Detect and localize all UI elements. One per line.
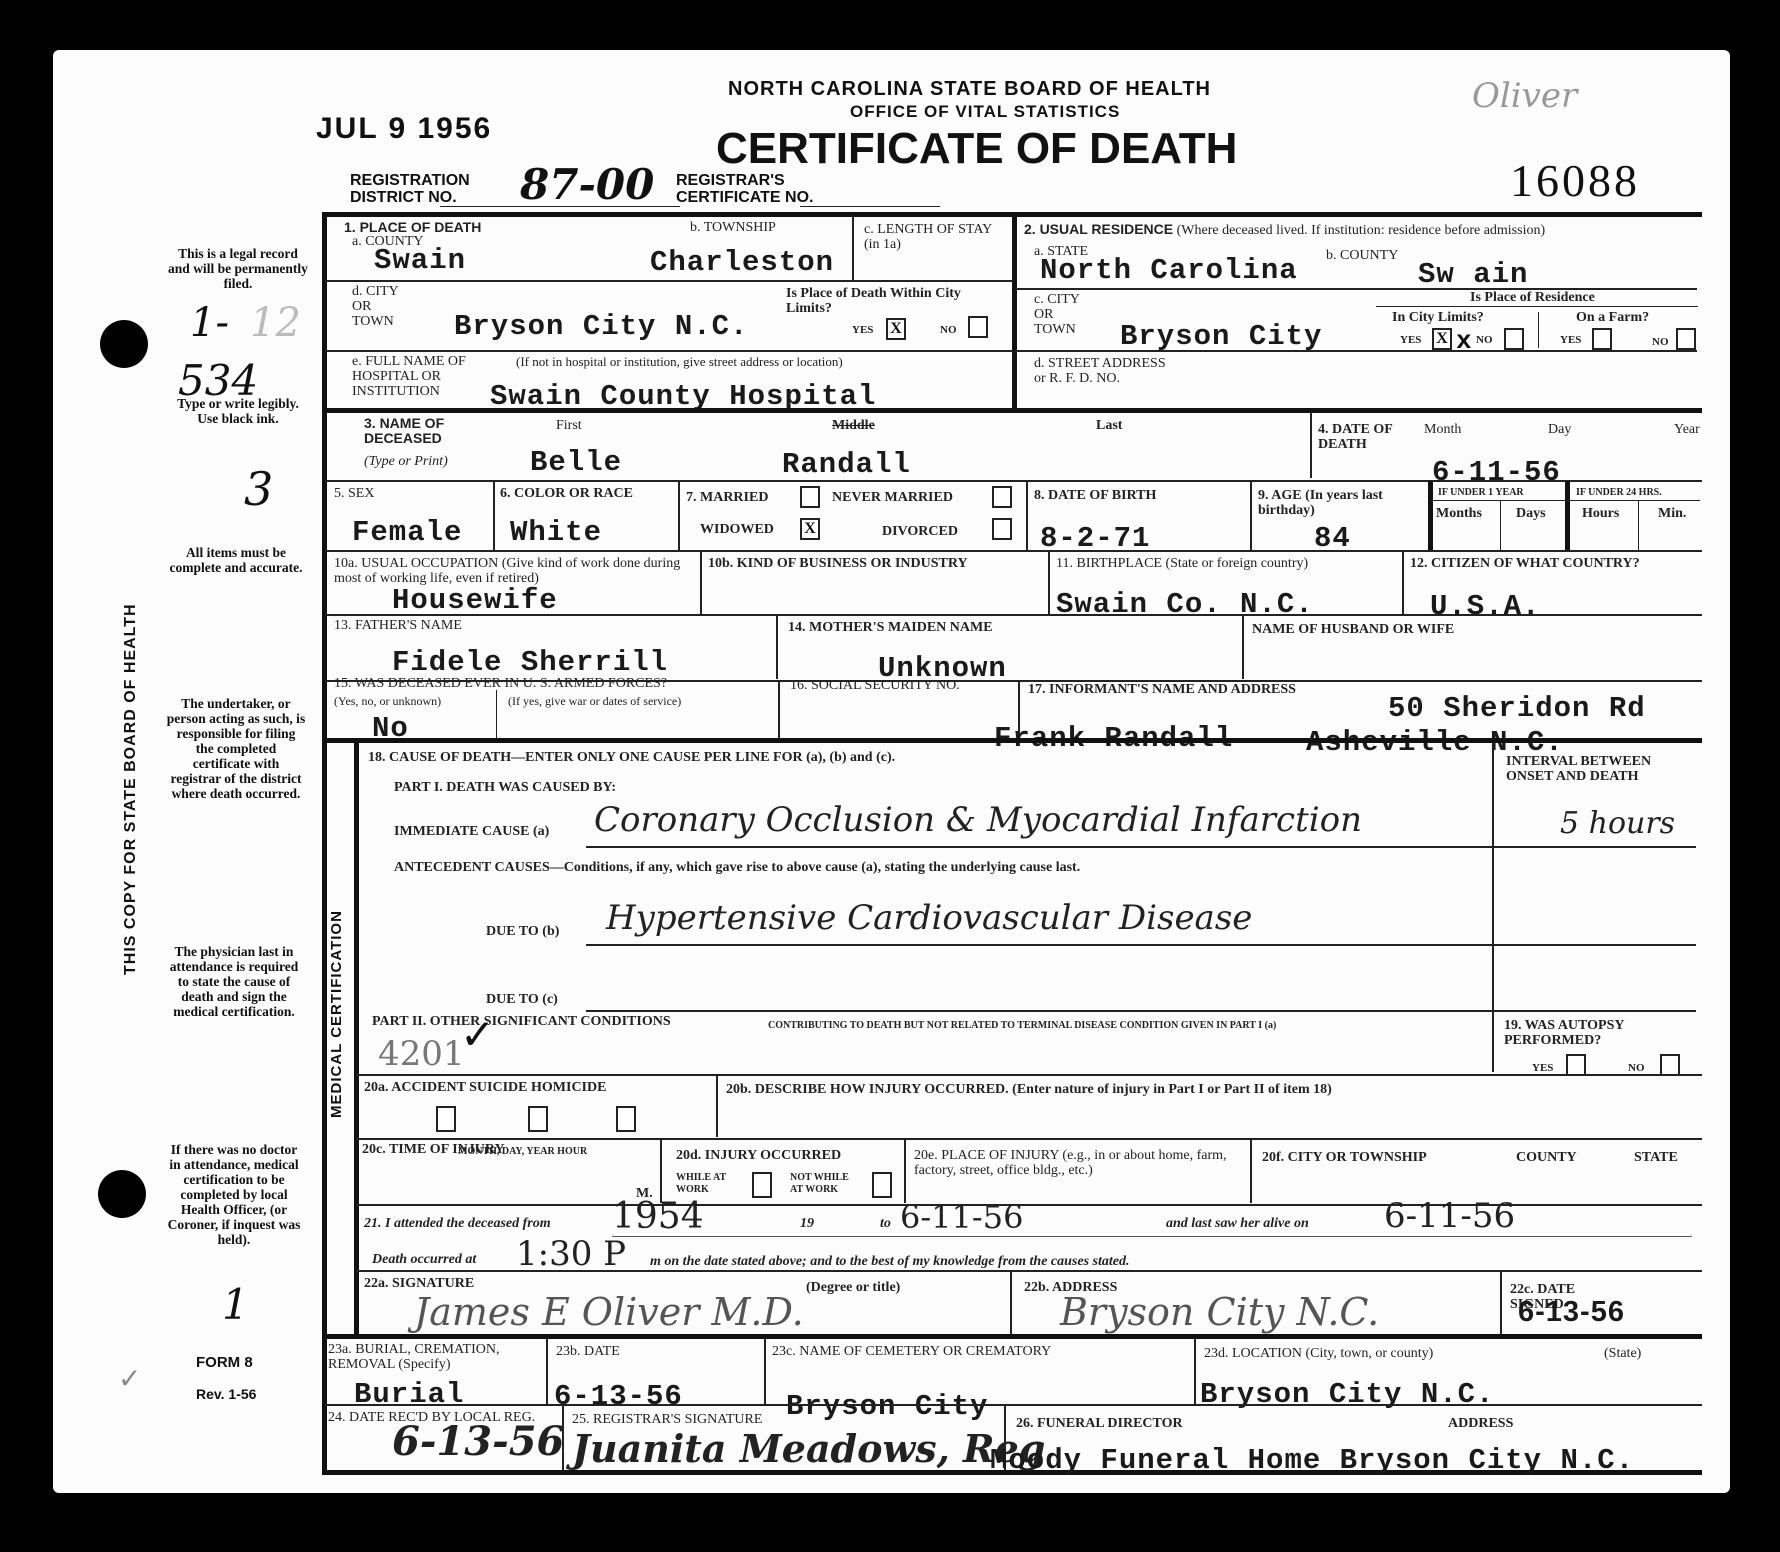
within-city-yes-checkbox[interactable]: X bbox=[886, 318, 906, 340]
birthplace-value: Swain Co. N.C. bbox=[1056, 588, 1314, 621]
within-city-no-checkbox[interactable] bbox=[968, 316, 988, 338]
residence-state-value: North Carolina bbox=[1040, 254, 1298, 287]
in-city-yes-checkbox[interactable]: X bbox=[1432, 328, 1452, 350]
death-time-value: 1:30 P bbox=[516, 1234, 626, 1274]
last-saw-value: 6-11-56 bbox=[1384, 1196, 1515, 1236]
never-married-checkbox[interactable] bbox=[992, 486, 1012, 508]
not-while-at-work-checkbox[interactable] bbox=[872, 1172, 892, 1198]
in-city-no-checkbox[interactable] bbox=[1504, 328, 1524, 350]
death-township-value: Charleston bbox=[650, 246, 834, 279]
usual-residence-label: 2. USUAL RESIDENCE (Where deceased lived… bbox=[1024, 222, 1694, 238]
office-title: OFFICE OF VITAL STATISTICS bbox=[850, 102, 1120, 122]
page-title: CERTIFICATE OF DEATH bbox=[716, 124, 1237, 174]
accident-checkbox[interactable] bbox=[436, 1106, 456, 1132]
form-number: FORM 8 bbox=[196, 1354, 253, 1371]
registrar-signature: Juanita Meadows, Reg bbox=[572, 1426, 1045, 1471]
registrars-certificate-label: REGISTRAR'S CERTIFICATE NO. bbox=[676, 172, 886, 206]
cause-of-death-label: 18. CAUSE OF DEATH—ENTER ONLY ONE CAUSE … bbox=[368, 750, 895, 765]
code-3: 3 bbox=[244, 462, 273, 516]
immediate-cause-value: Coronary Occlusion & Myocardial Infarcti… bbox=[594, 800, 1362, 840]
burial-location-value: Bryson City N.C. bbox=[1200, 1378, 1494, 1411]
immediate-interval-value: 5 hours bbox=[1560, 806, 1675, 841]
punch-hole-top bbox=[100, 320, 148, 368]
note-legal-record: This is a legal record and will be perma… bbox=[168, 246, 308, 291]
place-of-death-label: 1. PLACE OF DEATH bbox=[344, 220, 481, 235]
registration-district-label: REGISTRATION DISTRICT NO. bbox=[350, 172, 510, 206]
autopsy-no-checkbox[interactable] bbox=[1660, 1054, 1680, 1076]
on-farm-yes-checkbox[interactable] bbox=[1592, 328, 1612, 350]
check-mark-icon: ✓ bbox=[118, 1362, 141, 1396]
registration-district-value: 87-00 bbox=[520, 160, 654, 209]
attended-from-value: 1954 bbox=[612, 1196, 704, 1237]
code-1: 1- bbox=[190, 300, 229, 346]
due-to-b-value: Hypertensive Cardiovascular Disease bbox=[606, 898, 1252, 938]
homicide-checkbox[interactable] bbox=[616, 1106, 636, 1132]
punch-hole-bottom bbox=[98, 1170, 146, 1218]
form-revision: Rev. 1-56 bbox=[196, 1386, 256, 1402]
suicide-checkbox[interactable] bbox=[528, 1106, 548, 1132]
received-stamp: JUL 9 1956 bbox=[316, 112, 492, 146]
date-of-death-value: 6-11-56 bbox=[1432, 456, 1561, 489]
margin-annotation: Oliver bbox=[1472, 76, 1577, 116]
residence-county-value: Sw ain bbox=[1418, 258, 1528, 291]
death-city-value: Bryson City N.C. bbox=[454, 310, 748, 343]
citizen-value: U.S.A. bbox=[1430, 590, 1540, 623]
side-label-copy: THIS COPY FOR STATE BOARD OF HEALTH bbox=[122, 603, 140, 975]
physician-signature: James E Oliver M.D. bbox=[414, 1290, 804, 1334]
code-bottom: 1 bbox=[222, 1280, 249, 1329]
last-name-value: Randall bbox=[782, 448, 911, 481]
date-received-value: 6-13-56 bbox=[392, 1418, 564, 1465]
part2-code: 4201 bbox=[378, 1034, 465, 1074]
note-no-doctor: If there was no doctor in attendance, me… bbox=[164, 1142, 304, 1247]
race-value: White bbox=[510, 516, 602, 549]
divorced-checkbox[interactable] bbox=[992, 518, 1012, 540]
note-complete-accurate: All items must be complete and accurate. bbox=[166, 545, 306, 575]
part2-check-icon: ✓ bbox=[460, 1010, 495, 1060]
note-write-legibly: Type or write legibly. Use black ink. bbox=[168, 396, 308, 426]
physician-address: Bryson City N.C. bbox=[1060, 1290, 1379, 1334]
occupation-value: Housewife bbox=[392, 584, 558, 617]
form-left-border bbox=[322, 212, 327, 1474]
married-checkbox[interactable] bbox=[800, 486, 820, 508]
on-farm-no-checkbox[interactable] bbox=[1676, 328, 1696, 350]
attended-to-value: 6-11-56 bbox=[900, 1198, 1023, 1236]
while-at-work-checkbox[interactable] bbox=[752, 1172, 772, 1198]
father-value: Fidele Sherrill bbox=[392, 646, 668, 679]
burial-date-value: 6-13-56 bbox=[554, 1380, 683, 1413]
first-name-value: Belle bbox=[530, 446, 622, 479]
agency-title: NORTH CAROLINA STATE BOARD OF HEALTH bbox=[728, 78, 1211, 101]
sex-value: Female bbox=[352, 516, 462, 549]
state-file-number: 16088 bbox=[1510, 154, 1640, 207]
funeral-director-value: Moody Funeral Home Bryson City N.C. bbox=[990, 1444, 1634, 1477]
code-1-light: 12 bbox=[250, 300, 301, 346]
burial-value: Burial bbox=[354, 1378, 464, 1411]
cemetery-value: Bryson City bbox=[786, 1390, 988, 1423]
informant-street-value: 50 Sheridon Rd bbox=[1388, 692, 1646, 725]
date-signed-value: 6-13-56 bbox=[1518, 1296, 1625, 1329]
residence-city-value: Bryson City bbox=[1120, 320, 1322, 353]
note-undertaker: The undertaker, or person acting as such… bbox=[166, 696, 306, 801]
death-county-value: Swain bbox=[374, 244, 466, 277]
note-physician: The physician last in attendance is requ… bbox=[164, 944, 304, 1019]
medical-certification-label: MEDICAL CERTIFICATION bbox=[328, 910, 345, 1118]
autopsy-yes-checkbox[interactable] bbox=[1566, 1054, 1586, 1076]
widowed-checkbox[interactable]: X bbox=[800, 518, 820, 540]
